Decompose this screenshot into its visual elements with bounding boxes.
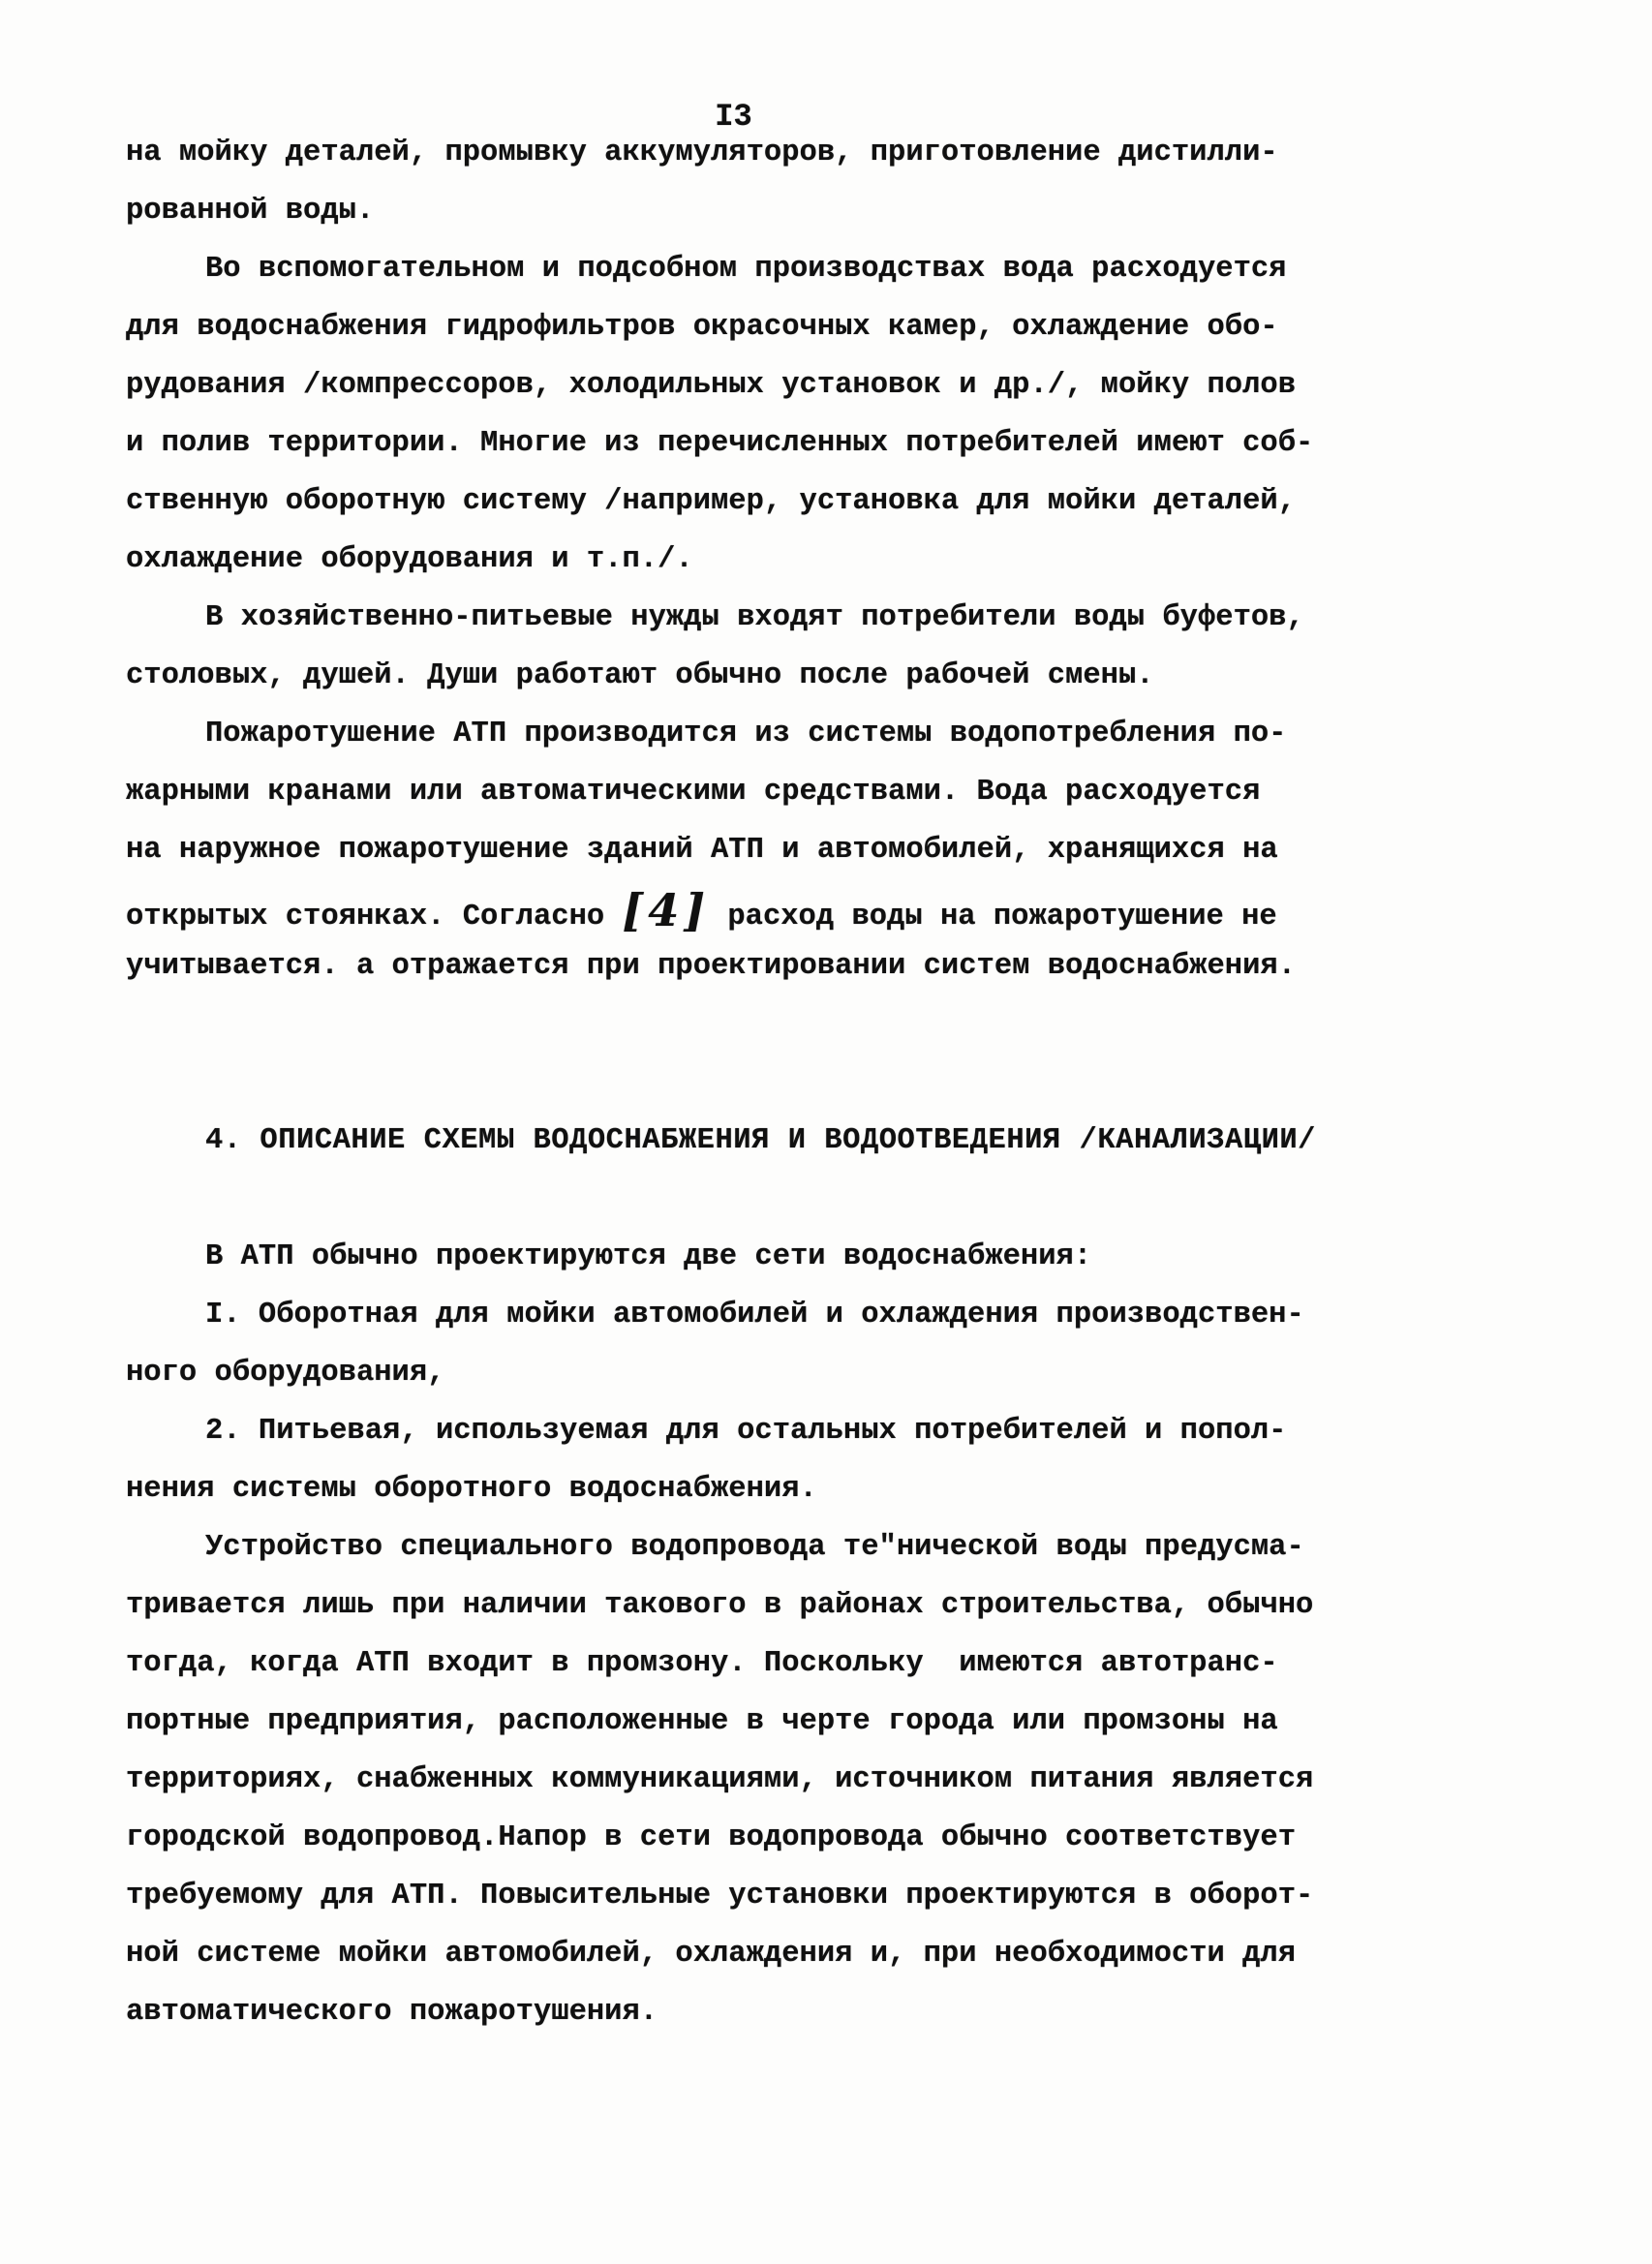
text-line: портные предприятия, расположенные в чер…: [126, 1693, 1530, 1751]
text-line: для водоснабжения гидрофильтров окрасочн…: [126, 298, 1530, 356]
text-line: 2. Питьевая, используемая для остальных …: [126, 1402, 1530, 1460]
text-segment: открытых стоянках. Согласно: [126, 901, 622, 933]
text-line: тривается лишь при наличии такового в ра…: [126, 1576, 1530, 1635]
text-line: учитывается. а отражается при проектиров…: [126, 937, 1530, 995]
text-line: городской водопровод.Напор в сети водопр…: [126, 1809, 1530, 1867]
text-line: рудования /компрессоров, холодильных уст…: [126, 356, 1530, 414]
blank-line: [126, 1054, 1530, 1112]
text-line: ного оборудования,: [126, 1344, 1530, 1402]
text-line: Во вспомогательном и подсобном производс…: [126, 240, 1530, 298]
text-line: рованной воды.: [126, 182, 1530, 240]
text-line: В хозяйственно-питьевые нужды входят пот…: [126, 589, 1530, 647]
text-line: на мойку деталей, промывку аккумуляторов…: [126, 124, 1530, 182]
text-line: Устройство специального водопровода те"н…: [126, 1518, 1530, 1576]
text-line: территориях, снабженных коммуникациями, …: [126, 1751, 1530, 1809]
section-heading: 4. ОПИСАНИЕ СХЕМЫ ВОДОСНАБЖЕНИЯ И ВОДООТ…: [126, 1112, 1530, 1170]
text-segment: расход воды на пожаротушение не: [710, 901, 1277, 933]
text-line: Пожаротушение АТП производится из систем…: [126, 705, 1530, 763]
text-line: и полив территории. Многие из перечислен…: [126, 414, 1530, 473]
text-line: I. Оборотная для мойки автомобилей и охл…: [126, 1286, 1530, 1344]
text-block: на мойку деталей, промывку аккумуляторов…: [126, 124, 1530, 2041]
text-line: нения системы оборотного водоснабжения.: [126, 1460, 1530, 1518]
text-line: В АТП обычно проектируются две сети водо…: [126, 1228, 1530, 1286]
text-line: ной системе мойки автомобилей, охлаждени…: [126, 1925, 1530, 1983]
citation-ref: [4]: [622, 884, 710, 936]
text-line: столовых, душей. Души работают обычно по…: [126, 647, 1530, 705]
blank-line: [126, 1170, 1530, 1228]
text-line: требуемому для АТП. Повысительные устано…: [126, 1867, 1530, 1925]
text-line: тогда, когда АТП входит в промзону. Поск…: [126, 1635, 1530, 1693]
text-line: охлаждение оборудования и т.п./.: [126, 531, 1530, 589]
text-line: автоматического пожаротушения.: [126, 1983, 1530, 2041]
text-line: ственную оборотную систему /например, ус…: [126, 473, 1530, 531]
text-line: жарными кранами или автоматическими сред…: [126, 763, 1530, 821]
text-line: открытых стоянках. Согласно [4] расход в…: [126, 879, 1530, 937]
blank-line: [126, 995, 1530, 1054]
text-line: на наружное пожаротушение зданий АТП и а…: [126, 821, 1530, 879]
document-page: I3 на мойку деталей, промывку аккумулято…: [0, 0, 1652, 2264]
